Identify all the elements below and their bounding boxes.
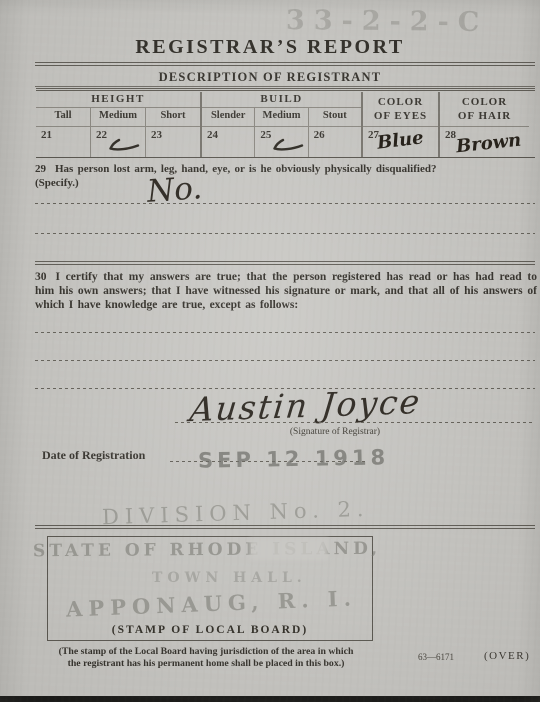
date-of-registration-label: Date of Registration: [42, 448, 145, 463]
check-mark: [271, 136, 305, 152]
divider-double-bottom: [35, 525, 535, 529]
cell-22: 22: [91, 127, 146, 157]
height-subheaders: Tall Medium Short: [36, 108, 200, 127]
cell-21-number: 21: [41, 129, 52, 141]
question-29-number: 29: [35, 163, 46, 175]
cell-28-number: 28: [445, 129, 456, 141]
stamp-box-caption: (STAMP OF LOCAL BOARD): [47, 624, 373, 636]
eyes-handwritten-value: Blue: [376, 127, 425, 154]
cell-22-number: 22: [96, 129, 107, 141]
answer-line: [35, 203, 535, 204]
signature-caption: (Signature of Registrar): [235, 427, 435, 437]
divider-section: [35, 86, 535, 87]
cell-24-number: 24: [207, 129, 218, 141]
cell-23: 23: [146, 127, 200, 157]
color-of-eyes-column: COLOR OF EYES 27 Blue: [363, 92, 438, 157]
height-medium-label: Medium: [91, 108, 146, 126]
cell-25: 25: [255, 127, 308, 157]
question-30: 30I certify that my answers are true; th…: [35, 270, 537, 312]
footnote-line-2: the registrant has his permanent home sh…: [68, 658, 345, 669]
color-of-hair-label: COLOR OF HAIR: [440, 92, 529, 127]
hair-handwritten-value: Brown: [455, 130, 522, 158]
cell-25-number: 25: [260, 129, 271, 141]
build-column-group: BUILD Slender Medium Stout 24 25 26: [202, 92, 361, 157]
page-title: REGISTRAR’S REPORT: [0, 36, 540, 59]
footnote: (The stamp of the Local Board having jur…: [38, 646, 374, 669]
section-header: DESCRIPTION OF REGISTRANT: [0, 70, 540, 85]
color-of-hair-column: COLOR OF HAIR 28 Brown: [440, 92, 529, 157]
signature-line: [175, 422, 535, 423]
check-mark: [107, 136, 141, 152]
scan-edge-bar: [0, 696, 540, 702]
build-group-label: BUILD: [202, 92, 361, 108]
color-of-eyes-label: COLOR OF EYES: [363, 92, 438, 127]
question-29: 29Has person lost arm, leg, hand, eye, o…: [35, 162, 537, 190]
cell-21: 21: [36, 127, 91, 157]
answer-line: [35, 360, 535, 361]
height-column-group: HEIGHT Tall Medium Short 21 22 23: [36, 92, 200, 157]
build-stout-label: Stout: [309, 108, 361, 126]
answer-line: [35, 332, 535, 333]
registrar-report-card: 33-2-2-C REGISTRAR’S REPORT DESCRIPTION …: [0, 0, 540, 702]
question-29-specify: (Specify.): [35, 177, 79, 189]
height-tall-label: Tall: [36, 108, 91, 126]
cell-27: 27 Blue: [363, 127, 438, 157]
color-of-eyes-text: COLOR OF EYES: [370, 95, 432, 123]
description-table: HEIGHT Tall Medium Short 21 22 23 BUILD …: [36, 92, 535, 158]
form-number: 63—6171: [418, 652, 454, 662]
cell-26-number: 26: [314, 129, 325, 141]
cell-28: 28 Brown: [440, 127, 529, 157]
question-30-text: I certify that my answers are true; that…: [35, 271, 537, 311]
build-slender-label: Slender: [202, 108, 255, 126]
serial-number-stamp: 33-2-2-C: [286, 5, 489, 38]
answer-line: [35, 233, 535, 234]
cell-26: 26: [309, 127, 361, 157]
build-medium-label: Medium: [255, 108, 308, 126]
build-subheaders: Slender Medium Stout: [202, 108, 361, 127]
height-group-label: HEIGHT: [36, 92, 200, 108]
divider-double-top: [35, 62, 535, 66]
divider-double-mid: [35, 261, 535, 265]
stamp-fade-patch: [250, 538, 328, 560]
over-label: (OVER): [484, 650, 530, 662]
town-hall-stamp: TOWN HALL.: [152, 570, 307, 586]
question-29-text: Has person lost arm, leg, hand, eye, or …: [55, 163, 436, 175]
question-30-number: 30: [35, 271, 47, 283]
cell-23-number: 23: [151, 129, 162, 141]
date-stamp: SEP 12 1918: [198, 445, 390, 472]
cell-24: 24: [202, 127, 255, 157]
color-of-hair-text: COLOR OF HAIR: [454, 95, 516, 123]
height-short-label: Short: [146, 108, 200, 126]
footnote-line-1: (The stamp of the Local Board having jur…: [59, 646, 354, 657]
state-stamp: STATE OF RHODE ISLAND,: [33, 539, 381, 561]
table-top-rule: [36, 88, 535, 91]
height-number-cells: 21 22 23: [36, 127, 200, 157]
build-number-cells: 24 25 26: [202, 127, 361, 157]
